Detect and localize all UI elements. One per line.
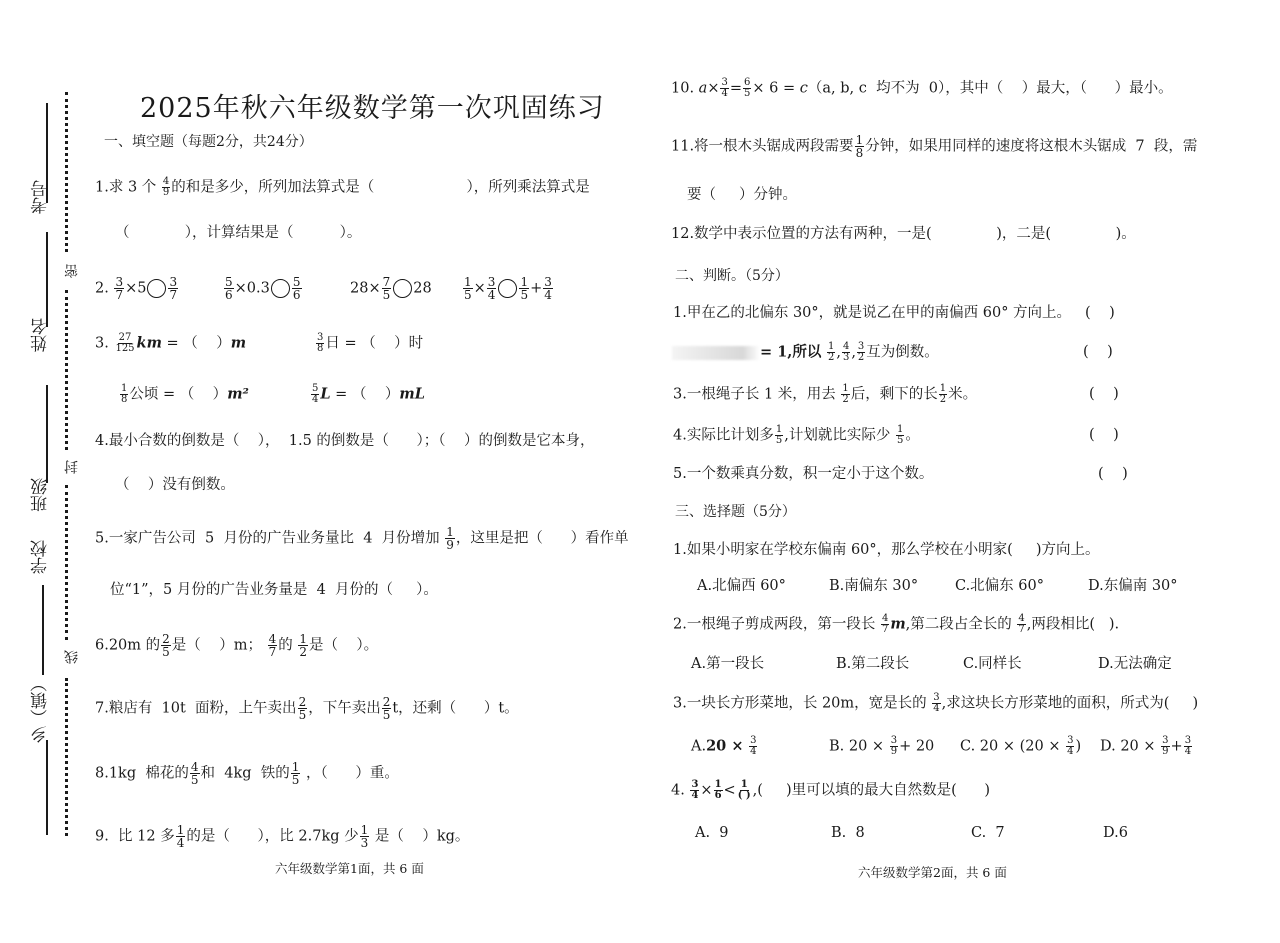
question-11-line2: 要（ ）分钟。 <box>687 185 797 205</box>
choice-3-option-c[interactable]: C. 20 × (20 × 34) <box>960 736 1081 757</box>
judge-1: 1.甲在乙的北偏东 30°，就是说乙在甲的南偏西 60° 方向上。 <box>673 303 1071 323</box>
town-line <box>46 740 48 835</box>
page-1-footer: 六年级数学第1面，共 6 面 <box>275 859 424 877</box>
kaohao-label: 考号 <box>28 180 53 214</box>
question-5-line2: 位“1”，5 月份的广告业务量是 4 月份的（ ）。 <box>110 580 438 600</box>
choice-4-option-c[interactable]: C. 7 <box>971 823 1005 843</box>
choice-3-option-d[interactable]: D. 20 × 39+34 <box>1100 736 1193 757</box>
seal-dotted-line <box>65 290 68 450</box>
question-2-part-b: 56×0.356 <box>223 276 303 301</box>
question-4-line2: （ ）没有倒数。 <box>115 475 235 495</box>
question-3a: 3. 27125km = （ ）m <box>95 333 246 354</box>
judge-3: 3.一根绳子长 1 米，用去 12后，剩下的长12米。 <box>673 384 977 405</box>
judge-4-answer[interactable]: ( ) <box>1089 425 1119 445</box>
compare-circle[interactable] <box>147 279 166 298</box>
choice-1: 1.如果小明家在学校东偏南 60°，那么学校在小明家( )方向上。 <box>673 540 1100 560</box>
choice-3: 3.一块长方形菜地，长 20m，宽是长的 34,求这块长方形菜地的面积，所式为(… <box>673 693 1198 714</box>
class-label: 班级 <box>28 478 53 512</box>
question-3c: 18公顷 = （ ）m² <box>119 384 249 405</box>
choice-2-option-d[interactable]: D.无法确定 <box>1098 654 1172 674</box>
judge-5-answer[interactable]: ( ) <box>1098 464 1128 484</box>
page-2-footer: 六年级数学第2面，共 6 面 <box>858 863 1007 881</box>
seal-dotted-line <box>65 92 68 252</box>
section-1-heading: 一、填空题（每题2分，共24分） <box>104 131 313 151</box>
question-7: 7.粮店有 10t 面粉，上午卖出25，下午卖出25t，还剩（ ）t。 <box>95 696 519 721</box>
choice-1-option-a[interactable]: A.北偏西 60° <box>697 576 786 596</box>
choice-3-option-a[interactable]: A.20 × 34 <box>691 736 758 757</box>
choice-2-option-c[interactable]: C.同样长 <box>963 654 1022 674</box>
school-label: 学校 <box>28 540 53 574</box>
choice-2-option-a[interactable]: A.第一段长 <box>691 654 764 674</box>
obscured-region <box>672 346 760 360</box>
question-6: 6.20m 的25是（ ）m； 47的 12是（ ）。 <box>95 633 378 658</box>
school-line <box>42 585 44 675</box>
question-3d: 54L = （ ）mL <box>310 384 425 405</box>
judge-2-answer[interactable]: ( ) <box>1083 342 1113 362</box>
choice-1-option-c[interactable]: C.北偏东 60° <box>955 576 1044 596</box>
choice-2: 2.一根绳子剪成两段，第一段长 47m,第二段占全长的 47,两段相比( ). <box>673 614 1119 635</box>
choice-4: 4. 34×16<1( ),( )里可以填的最大自然数是( ) <box>671 780 990 801</box>
name-line <box>46 232 48 327</box>
compare-circle[interactable] <box>271 279 290 298</box>
choice-2-option-b[interactable]: B.第二段长 <box>836 654 909 674</box>
choice-1-option-d[interactable]: D.东偏南 30° <box>1088 576 1178 596</box>
seal-mark-mi: 密 <box>62 264 82 278</box>
section-2-heading: 二、判断。（5分） <box>675 265 789 285</box>
class-line <box>46 385 48 483</box>
question-1: 1.求 3 个 49的和是多少，所列加法算式是（ ），所列乘法算式是 <box>95 177 590 198</box>
seal-mark-feng: 封 <box>62 460 82 474</box>
choice-4-option-b[interactable]: B. 8 <box>831 823 865 843</box>
question-9: 9. 比 12 多14的是（ ），比 2.7kg 少13 是（ ）kg。 <box>95 824 469 849</box>
seal-dotted-line <box>65 678 68 836</box>
question-3b: 38日 = （ ）时 <box>315 333 423 354</box>
town-label: 乡（镇） <box>28 675 53 743</box>
question-5: 5.一家广告公司 5 月份的广告业务量比 4 月份增加 19，这里是把（ ）看作… <box>95 526 629 551</box>
compare-circle[interactable] <box>498 279 517 298</box>
question-2: 2. 37×537 <box>95 276 179 301</box>
question-12: 12.数学中表示位置的方法有两种，一是( )，二是( )。 <box>671 224 1136 244</box>
name-label: 姓名 <box>28 318 53 352</box>
choice-1-option-b[interactable]: B.南偏东 30° <box>829 576 918 596</box>
section-3-heading: 三、选择题（5分） <box>675 501 796 521</box>
question-2-part-c: 28×7528 <box>350 276 432 301</box>
question-8: 8.1kg 棉花的45和 4kg 铁的15 ，（ ）重。 <box>95 761 399 786</box>
question-2-part-d: 15×3415+34 <box>462 276 554 301</box>
seal-mark-xian: 线 <box>62 650 82 664</box>
choice-4-option-d[interactable]: D.6 <box>1103 823 1128 843</box>
judge-2: = 1,所以 12,43,32互为倒数。 <box>672 342 939 363</box>
exam-title: 2025年秋六年级数学第一次巩固练习 <box>140 86 605 125</box>
question-4: 4.最小合数的倒数是（ ）， 1.5 的倒数是（ ）；（ ）的倒数是它本身， <box>95 431 595 451</box>
judge-5: 5.一个数乘真分数，积一定小于这个数。 <box>673 464 933 484</box>
judge-4: 4.实际比计划多15,计划就比实际少 15。 <box>673 425 920 446</box>
judge-1-answer[interactable]: ( ) <box>1085 303 1115 323</box>
choice-4-option-a[interactable]: A. 9 <box>695 823 729 843</box>
fraction: 49 <box>162 177 170 198</box>
seal-dotted-line <box>65 485 68 640</box>
choice-3-option-b[interactable]: B. 20 × 39+ 20 <box>829 736 934 757</box>
question-10: 10. a×34=65× 6 = c（a, b, c 均不为 0），其中（ ）最… <box>671 78 1173 99</box>
judge-3-answer[interactable]: ( ) <box>1089 384 1119 404</box>
compare-circle[interactable] <box>393 279 412 298</box>
question-11: 11.将一根木头锯成两段需要18分钟，如果用同样的速度将这根木头锯成 7 段，需 <box>671 134 1197 159</box>
question-1-line2: （ ），计算结果是（ ）。 <box>115 223 361 243</box>
